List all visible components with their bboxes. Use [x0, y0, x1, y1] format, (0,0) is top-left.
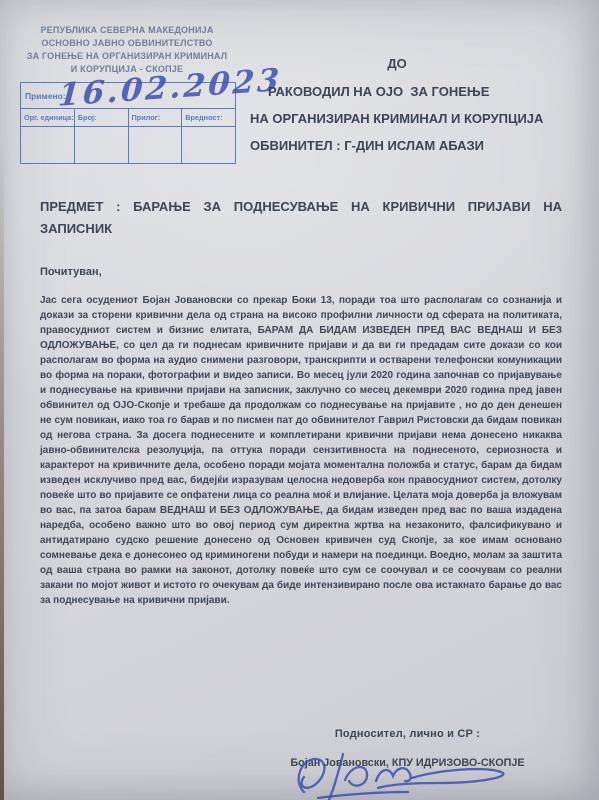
- stamp-empty-cell: [75, 127, 129, 163]
- signature-scribble: [288, 752, 523, 800]
- stamp-header-row: Орг. единица: Број: Прилог: Вредност:: [21, 109, 235, 127]
- stamp-empty-cell: [182, 127, 235, 163]
- stamp-received-row: Примено:: [21, 83, 235, 109]
- stamp-empty-cell: [129, 127, 183, 163]
- received-label: Примено:: [21, 91, 66, 101]
- subject-line: ПРЕДМЕТ : БАРАЊЕ ЗА ПОДНЕСУВАЊЕ НА КРИВИ…: [40, 196, 562, 240]
- stamp-field-org-unit: Орг. единица:: [21, 109, 75, 126]
- stamp-field-value: Вредност:: [182, 109, 235, 126]
- stamp-empty-cell: [21, 127, 75, 163]
- letterhead: РЕПУБЛИКА СЕВЕРНА МАКЕДОНИЈА ОСНОВНО ЈАВ…: [18, 24, 236, 76]
- subject-line-2: ЗАПИСНИК: [40, 218, 562, 240]
- intake-stamp-table: Примено: Орг. единица: Број: Прилог: Вре…: [20, 82, 236, 164]
- stamp-empty-row: [21, 127, 235, 163]
- letterhead-line: ОСНОВНО ЈАВНО ОБВИНИТЕЛСТВО: [18, 37, 236, 50]
- letterhead-line: И КОРУПЦИЈА - СКОПЈЕ: [18, 63, 236, 76]
- recipient-block: ДО РАКОВОДИЛ НА ОЈО ЗА ГОНЕЊЕ НА ОРГАНИЗ…: [250, 56, 544, 153]
- subject-line-1: ПРЕДМЕТ : БАРАЊЕ ЗА ПОДНЕСУВАЊЕ НА КРИВИ…: [40, 196, 562, 218]
- letterhead-line: РЕПУБЛИКА СЕВЕРНА МАКЕДОНИЈА: [18, 24, 236, 37]
- recipient-line-prosecutor: ОБВИНИТЕЛ : Г-ДИН ИСЛАМ АБАЗИ: [250, 138, 544, 153]
- letterhead-line: ЗА ГОНЕЊЕ НА ОРГАНИЗИРАН КРИМИНАЛ: [18, 50, 236, 63]
- signature-label: Подносител, лично и СР :: [275, 728, 540, 740]
- recipient-line-head: РАКОВОДИЛ НА ОЈО ЗА ГОНЕЊЕ: [268, 84, 544, 99]
- body-paragraph: Јас сега осудениот Бојан Јовановски со п…: [40, 293, 562, 608]
- stamp-field-number: Број:: [75, 109, 129, 126]
- stamp-field-attachment: Прилог:: [129, 109, 183, 126]
- scanned-letter-page: РЕПУБЛИКА СЕВЕРНА МАКЕДОНИЈА ОСНОВНО ЈАВ…: [0, 0, 599, 800]
- scan-left-edge-shadow: [0, 140, 4, 800]
- salutation: Почитуван,: [40, 266, 102, 278]
- recipient-line-org: НА ОРГАНИЗИРАН КРИМИНАЛ И КОРУПЦИЈА: [250, 111, 544, 126]
- recipient-line-to: ДО: [250, 56, 544, 71]
